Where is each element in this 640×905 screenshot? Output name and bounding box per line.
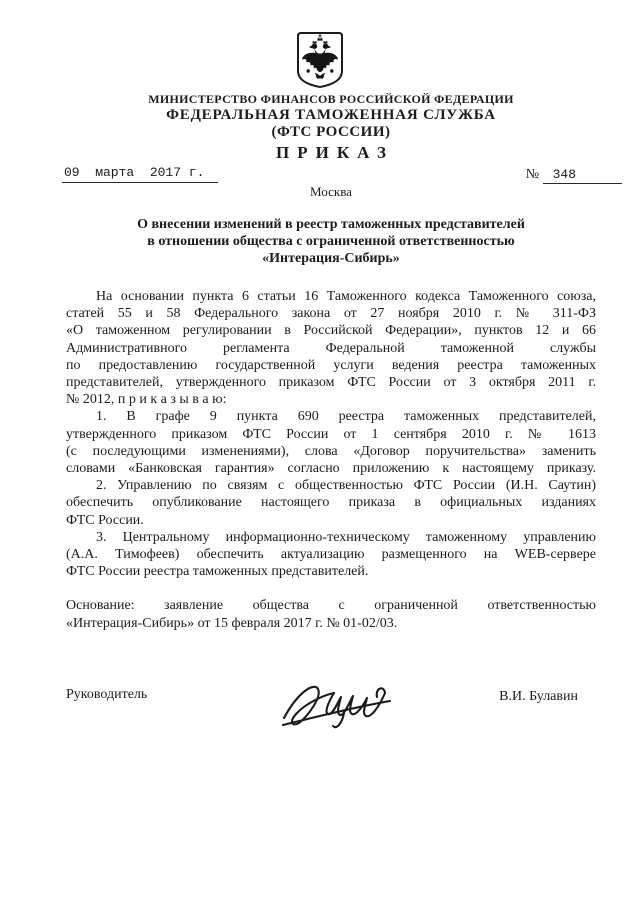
number-sign: № bbox=[526, 167, 539, 182]
preamble-paragraph: На основании пункта 6 статьи 16 Таможенн… bbox=[66, 288, 596, 408]
body-line: ФТС России. bbox=[66, 512, 596, 529]
document-date: 09 марта 2017 г. bbox=[62, 165, 218, 183]
body-line: словами «Банковская гарантия» согласно п… bbox=[66, 460, 596, 477]
date-number-row: 09 марта 2017 г. № 348 bbox=[66, 165, 596, 183]
document-header: МИНИСТЕРСТВО ФИНАНСОВ РОССИЙСКОЙ ФЕДЕРАЦ… bbox=[66, 92, 596, 162]
body-line: 2. Управлению по связям с общественность… bbox=[66, 477, 596, 494]
city-name: Москва bbox=[66, 185, 596, 199]
signature-autograph bbox=[278, 672, 410, 734]
body-line: по предоставлению государственной услуги… bbox=[66, 357, 596, 374]
body-line: На основании пункта 6 статьи 16 Таможенн… bbox=[66, 288, 596, 305]
title-line: «Интерация-Сибирь» bbox=[66, 250, 596, 267]
body-line: «О таможенном регулировании в Российской… bbox=[66, 322, 596, 339]
order-item-1: 1. В графе 9 пункта 690 реестра таможенн… bbox=[66, 408, 596, 477]
signer-position: Руководитель bbox=[66, 687, 147, 703]
body-line: Административного регламента Федеральной… bbox=[66, 340, 596, 357]
title-line: О внесении изменений в реестр таможенных… bbox=[66, 216, 596, 233]
signature-block: Руководитель В.И. Булавин bbox=[66, 672, 596, 744]
body-line: ФТС России реестра таможенных представит… bbox=[66, 563, 596, 580]
body-line: «Интерация-Сибирь» от 15 февраля 2017 г.… bbox=[66, 615, 596, 632]
ministry-name: МИНИСТЕРСТВО ФИНАНСОВ РОССИЙСКОЙ ФЕДЕРАЦ… bbox=[66, 92, 596, 106]
body-line: утвержденного приказом ФТС России от 1 с… bbox=[66, 426, 596, 443]
document-type-heading: ПРИКАЗ bbox=[66, 143, 596, 162]
russia-coat-of-arms-icon bbox=[296, 31, 344, 89]
body-line: статей 55 и 58 Федерального закона от 27… bbox=[66, 305, 596, 322]
agency-name: ФЕДЕРАЛЬНАЯ ТАМОЖЕННАЯ СЛУЖБА bbox=[66, 107, 596, 124]
body-line: представителей, утвержденного приказом Ф… bbox=[66, 374, 596, 391]
title-line: в отношении общества с ограниченной отве… bbox=[66, 233, 596, 250]
order-item-2: 2. Управлению по связям с общественность… bbox=[66, 477, 596, 529]
document-title: О внесении изменений в реестр таможенных… bbox=[66, 216, 596, 267]
body-line: (А.А. Тимофеев) обеспечить актуализацию … bbox=[66, 546, 596, 563]
document-page: МИНИСТЕРСТВО ФИНАНСОВ РОССИЙСКОЙ ФЕДЕРАЦ… bbox=[0, 0, 640, 905]
document-body: На основании пункта 6 статьи 16 Таможенн… bbox=[66, 288, 596, 632]
document-number: 348 bbox=[543, 167, 622, 184]
body-line: 1. В графе 9 пункта 690 реестра таможенн… bbox=[66, 408, 596, 425]
body-line: № 2012, п р и к а з ы в а ю: bbox=[66, 391, 596, 408]
body-line: Основание: заявление общества с ограниче… bbox=[66, 597, 596, 614]
body-line: (с последующими изменениями), слова «Дог… bbox=[66, 443, 596, 460]
agency-abbreviation: (ФТС РОССИИ) bbox=[66, 124, 596, 141]
signer-name: В.И. Булавин bbox=[499, 689, 578, 705]
body-line: 3. Центральному информационно-техническо… bbox=[66, 529, 596, 546]
basis-paragraph: Основание: заявление общества с ограниче… bbox=[66, 597, 596, 631]
order-item-3: 3. Центральному информационно-техническо… bbox=[66, 529, 596, 581]
document-number-block: № 348 bbox=[526, 167, 622, 183]
body-line: обеспечить опубликование настоящего прик… bbox=[66, 494, 596, 511]
